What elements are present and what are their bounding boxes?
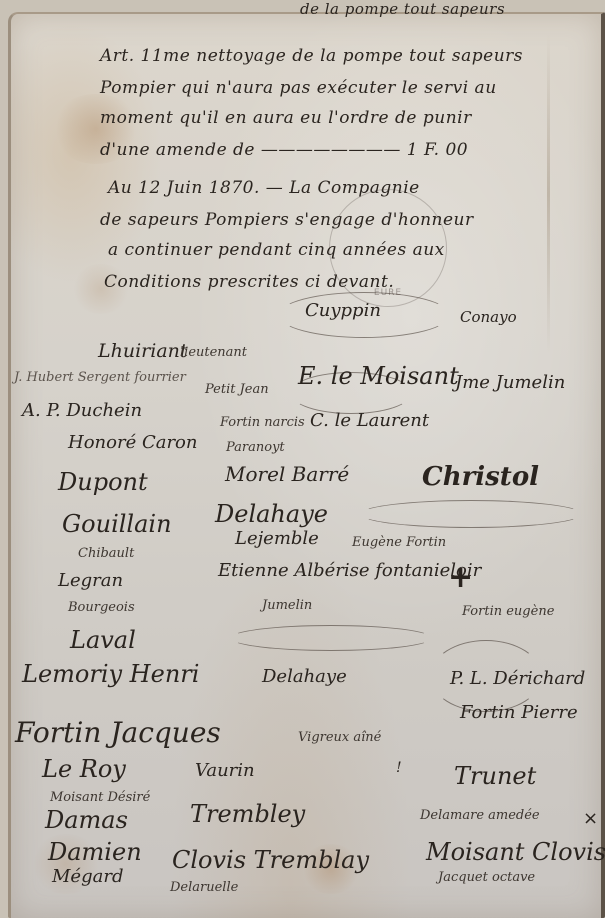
- signature: Paranoyt: [226, 440, 285, 455]
- engagement-line-3: Conditions prescrites ci devant.: [104, 272, 394, 292]
- paper-crease: [547, 34, 550, 354]
- signature: Chibault: [78, 546, 134, 561]
- signature-role: lieutenant: [180, 345, 247, 360]
- regulation-line-4: d'une amende de ———————— 1 F. 00: [100, 140, 468, 160]
- signature: Vaurin: [195, 760, 255, 781]
- signature: Delahaye: [215, 500, 328, 528]
- signature: Trunet: [454, 762, 536, 790]
- signature: Christol: [422, 462, 539, 492]
- signature: Fortin eugène: [462, 604, 554, 619]
- signature: Dupont: [58, 468, 148, 496]
- signature: Petit Jean: [205, 382, 269, 397]
- engagement-line-1: de sapeurs Pompiers s'engage d'honneur: [100, 210, 474, 230]
- signature: Le Roy: [42, 755, 126, 783]
- signature: Delaruelle: [170, 880, 238, 895]
- signature: Morel Barré: [225, 462, 349, 486]
- cross-mark: +: [448, 560, 473, 595]
- signature: Lemoriy Henri: [22, 660, 199, 688]
- signature: A. P. Duchein: [22, 400, 142, 421]
- signature: Laval: [70, 626, 136, 654]
- signature: C. le Laurent: [310, 410, 429, 431]
- signature: Gouillain: [62, 510, 172, 538]
- signature: Jacquet octave: [438, 870, 535, 885]
- signature: Honoré Caron: [68, 432, 197, 453]
- exclaim-mark: !: [396, 760, 402, 776]
- signature: Cuyppin: [305, 300, 381, 321]
- signature: Moisant Désiré: [50, 790, 150, 805]
- x-mark: ×: [583, 808, 598, 829]
- signature-flourish: [230, 625, 432, 651]
- signature: Delamare amedée: [420, 808, 540, 823]
- signature: J. Hubert Sergent fourrier: [14, 370, 186, 385]
- signature: E. le Moisant: [298, 362, 459, 390]
- signature: Jumelin: [262, 598, 312, 613]
- signature: P. L. Dérichard: [450, 668, 585, 689]
- signature: Trembley: [190, 800, 305, 828]
- signature: Fortin Jacques: [15, 716, 221, 749]
- signature: Jme Jumelin: [455, 372, 565, 393]
- engagement-line-0: Au 12 Juin 1870. — La Compagnie: [108, 178, 420, 198]
- signature: Clovis Tremblay: [172, 846, 369, 874]
- signature: Legran: [58, 570, 123, 591]
- signature: Eugène Fortin: [352, 535, 446, 550]
- regulation-line-2: Pompier qui n'aura pas exécuter le servi…: [100, 78, 497, 98]
- signature: Conayo: [460, 308, 517, 326]
- signature: Vigreux aîné: [298, 730, 381, 745]
- engagement-line-2: a continuer pendant cinq années aux: [108, 240, 445, 260]
- regulation-line-0: de la pompe tout sapeurs: [300, 0, 505, 18]
- signature: Etienne Albérise fontanieloir: [218, 560, 481, 581]
- regulation-line-3: moment qu'il en aura eu l'ordre de punir: [100, 108, 472, 128]
- signature: Fortin Pierre: [460, 702, 578, 723]
- signature: Moisant Clovis: [426, 838, 605, 866]
- signature: Fortin narcis: [220, 415, 305, 430]
- signature: Lejemble: [235, 528, 319, 549]
- signature: Delahaye: [262, 666, 347, 687]
- signature: Damas: [45, 806, 128, 834]
- signature: Mégard: [52, 866, 123, 887]
- signature: Bourgeois: [68, 600, 135, 615]
- signature: Lhuiriant: [98, 340, 188, 362]
- regulation-line-1: Art. 11me nettoyage de la pompe tout sap…: [100, 46, 523, 66]
- signature: Damien: [48, 838, 142, 866]
- signature-flourish: [360, 500, 582, 528]
